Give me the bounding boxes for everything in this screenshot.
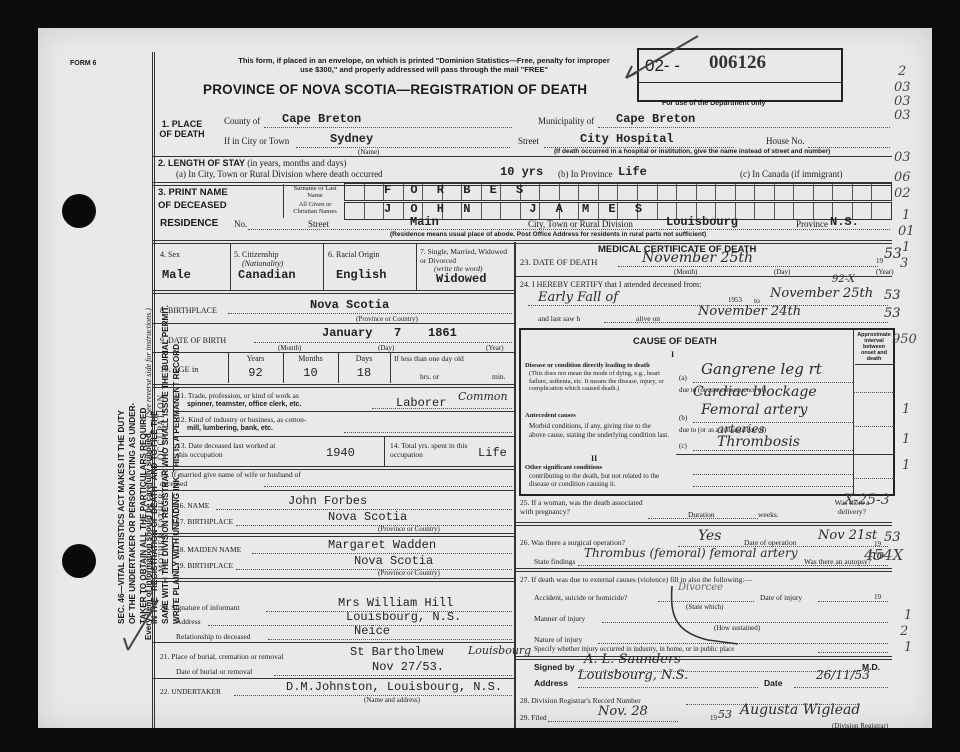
month-caption: (Month) <box>278 344 301 352</box>
given-names-value: J O H N J A M E S <box>384 202 648 216</box>
county-value: Cape Breton <box>282 112 361 126</box>
residence-street-label: Street <box>308 219 329 229</box>
citizenship-value: Canadian <box>238 268 296 282</box>
death-year-caption: (Year) <box>876 268 894 276</box>
signed-by-value: A. L. Saunders <box>584 652 681 667</box>
pen-stroke-mark <box>668 584 748 648</box>
side-notice-line: SEC. 46—VITAL STATISTICS ACT MAKES IT TH… <box>116 64 127 624</box>
margin-code: 1 <box>902 240 910 255</box>
street-label: Street <box>518 136 539 146</box>
street-value: City Hospital <box>580 132 674 146</box>
informant-signature-value: Mrs William Hill <box>338 596 453 610</box>
part-one-label: I <box>671 350 674 359</box>
relationship-value: Neice <box>354 624 390 638</box>
sex-label: 4. Sex <box>160 250 180 259</box>
pregnancy-label: 25. If a woman, was the death associated… <box>520 498 650 516</box>
margin-code: 3 <box>900 256 908 271</box>
marital-status-label-text: 7. Single, Married, Widowed or Divorced <box>420 248 510 265</box>
margin-code: 1 <box>904 608 912 623</box>
age-years-label: Years <box>228 354 283 363</box>
relationship-label: Relationship to deceased <box>176 632 251 641</box>
occupation-side-label: OCCUPATION <box>156 394 166 460</box>
signature-date-value: 26/11/53 <box>816 668 870 682</box>
margin-code: 2 <box>900 624 908 639</box>
attended-from-year: 1953 <box>728 296 742 304</box>
residence-city-label: City, Town or Rural Division <box>528 219 633 229</box>
filed-label: 29. Filed <box>520 713 547 722</box>
stay-canada-label: (c) In Canada (if immigrant) <box>740 169 842 179</box>
margin-code: 1 <box>902 402 910 417</box>
punch-hole <box>62 544 96 578</box>
county-label: County of <box>224 116 260 126</box>
certify-label: 24. I HEREBY CERTIFY that I attended dec… <box>520 280 701 289</box>
print-name-line: OF DECEASED <box>158 199 228 212</box>
age-less-label: If less than one day old <box>394 354 464 363</box>
operation-year-value: 53 <box>884 530 901 545</box>
mother-maiden-label: 18. MAIDEN NAME <box>176 545 241 554</box>
check-mark-icon <box>618 34 708 84</box>
cause-c-label: (c) <box>679 442 687 450</box>
manner-label: Manner of injury <box>534 614 585 623</box>
house-number-label: House No. <box>766 136 805 146</box>
death-month-caption: (Month) <box>674 268 697 276</box>
cause-a-label: (a) <box>679 374 687 382</box>
residence-label: RESIDENCE <box>160 218 218 229</box>
marital-status-label: 7. Single, Married, Widowed or Divorced … <box>420 248 510 274</box>
mailing-notice-line: use $300," and properly addressed will p… <box>234 65 614 74</box>
age-days-value: 18 <box>338 366 390 380</box>
age-years-value: 92 <box>228 366 283 380</box>
cause-b-value: Femoral artery <box>701 402 807 418</box>
last-saw-value: November 24th <box>698 304 801 319</box>
operation-date-value: Nov 21st <box>818 528 877 543</box>
city-value: Sydney <box>330 132 373 146</box>
dob-label: 9. DATE OF BIRTH <box>160 336 226 345</box>
trade-sub: spinner, teamster, office clerk, etc. <box>177 400 301 409</box>
father-birthplace-caption: (Province or Country) <box>378 525 440 533</box>
city-caption: (Name) <box>358 148 379 156</box>
surname-label: Surname or Last Name <box>288 185 342 199</box>
age-hrs-label: hrs. or <box>420 372 439 381</box>
divider <box>152 156 892 157</box>
father-name-label: 16. NAME <box>176 501 209 510</box>
margin-code: 1 <box>902 208 910 223</box>
filed-year-prefix: 19 <box>710 714 717 722</box>
last-worked-value: 1940 <box>326 446 355 460</box>
form-title: PROVINCE OF NOVA SCOTIA—REGISTRATION OF … <box>203 82 587 97</box>
residence-no-label: No. <box>234 219 247 229</box>
municipality-label: Municipality of <box>538 116 594 126</box>
part-one-heading: Disease or condition directly leading to… <box>525 362 650 369</box>
burial-date-value: Nov 27/53. <box>372 660 444 674</box>
attended-to-year: 53 <box>884 288 901 303</box>
industry-sub: mill, lumbering, bank, etc. <box>177 424 306 433</box>
trade-label-text: 11. Trade, profession, or kind of work a… <box>177 391 299 400</box>
print-name-label: 3. PRINT NAME OF DECEASED <box>158 186 228 212</box>
punch-hole <box>62 194 96 228</box>
residence-province-label: Province <box>796 219 828 229</box>
age-min-label: min. <box>492 372 506 381</box>
father-birthplace-label: 17. BIRTHPLACE <box>176 517 233 526</box>
print-name-line: 3. PRINT NAME <box>158 186 228 199</box>
place-of-death-label: 1. PLACE OF DEATH <box>158 119 206 139</box>
side-notice-line: OF THE UNDERTAKER OR PERSON ACTING AS UN… <box>127 64 138 624</box>
accident-label: Accident, suicide or homicide? <box>534 593 627 602</box>
interval-note: 92-X <box>832 274 855 285</box>
weeks-label: weeks. <box>758 510 779 519</box>
findings-value: Thrombus (femoral) femoral artery <box>584 546 798 560</box>
residence-city-value: Louisbourg <box>666 215 738 229</box>
margin-code: 01 <box>898 224 915 239</box>
last-saw-year: 53 <box>884 306 901 321</box>
racial-origin-label: 6. Racial Origin <box>328 250 379 259</box>
interval-header: Approximate interval between onset and d… <box>855 332 893 365</box>
filed-value: Nov. 28 <box>598 704 648 719</box>
physician-address-value: Louisbourg, N.S. <box>578 668 688 683</box>
mailing-notice: This form, if placed in an envelope, on … <box>234 56 614 74</box>
municipality-value: Cape Breton <box>616 112 695 126</box>
part-two-heading: Other significant conditions <box>525 464 602 471</box>
delivery-handwritten: X-25-3 <box>844 492 890 508</box>
margin-code: 2 <box>898 64 906 79</box>
part-one-description: (This does not mean the mode of dying, e… <box>529 370 669 393</box>
department-caption: For use of the Department only <box>662 100 765 107</box>
burial-date-label: Date of burial or removal <box>176 667 252 676</box>
last-saw-label: and last saw h <box>538 314 580 323</box>
check-mark-icon <box>122 598 162 658</box>
margin-code: 1 <box>902 432 910 447</box>
margin-code: 03 <box>894 150 911 165</box>
length-of-stay-sub: (in years, months and days) <box>247 158 346 168</box>
mother-birthplace-caption: (Province or Country) <box>378 569 440 577</box>
attended-to-value: November 25th <box>770 286 873 301</box>
citizenship-label: 5. Citizenship (Nationality) <box>234 250 320 268</box>
death-day-caption: (Day) <box>774 268 790 276</box>
dob-month: January <box>322 326 372 340</box>
stay-province-label: (b) In Province <box>558 169 612 179</box>
total-years-value: Life <box>478 446 507 460</box>
mother-maiden-value: Margaret Wadden <box>328 538 436 552</box>
father-name-value: John Forbes <box>288 494 367 508</box>
trade-handwritten: Common <box>458 390 508 403</box>
length-of-stay-label: 2. LENGTH OF STAY <box>158 158 245 168</box>
divider <box>152 240 892 244</box>
margin-code: 1 <box>904 640 912 655</box>
injury-year-prefix: 19 <box>874 593 881 601</box>
undertaker-caption: (Name and address) <box>364 696 420 704</box>
informant-address-label: Address <box>176 617 201 626</box>
undertaker-value: D.M.Johnston, Louisbourg, N.S. <box>286 680 502 694</box>
part-two-description: contributing to the death, but not relat… <box>529 472 675 488</box>
registrar-caption: (Division Registrar) <box>832 722 888 730</box>
antecedent-heading: Antecedent causes <box>525 412 576 419</box>
citizenship-sub: (Nationality) <box>234 259 320 268</box>
residence-province-value: N.S. <box>830 215 859 229</box>
marital-status-value: Widowed <box>436 272 486 286</box>
margin-code: 06 <box>894 170 911 185</box>
racial-origin-value: English <box>336 268 386 282</box>
year-caption: (Year) <box>486 344 504 352</box>
age-days-label: Days <box>338 354 390 363</box>
injury-date-label: Date of injury <box>760 593 802 602</box>
age-months-label: Months <box>283 354 338 363</box>
cause-b-label: (b) <box>679 414 687 422</box>
cause-of-death-title: CAUSE OF DEATH <box>633 336 717 347</box>
birthplace-caption: (Province or Country) <box>356 315 418 323</box>
last-worked-label: 13. Date deceased last worked at this oc… <box>177 441 287 459</box>
stay-city-value: 10 yrs <box>500 165 543 179</box>
city-label: If in City or Town <box>224 136 289 146</box>
dob-year: 1861 <box>428 326 457 340</box>
date-of-death-value: November 25th <box>642 250 753 266</box>
residence-street-value: Main <box>410 215 439 229</box>
death-registration-form: FORM 6 SEC. 46—VITAL STATISTICS ACT MAKE… <box>38 28 932 728</box>
operation-value: Yes <box>698 528 722 544</box>
birthplace-label: 8. BIRTHPLACE <box>160 306 217 315</box>
mother-birthplace-value: Nova Scotia <box>354 554 433 568</box>
physician-address-label: Address <box>534 678 568 688</box>
margin-code: 03 <box>894 94 911 109</box>
attended-from-value: Early Fall of <box>538 290 618 305</box>
signature-date-label: Date <box>764 678 782 688</box>
antecedent-description: Morbid conditions, if any, giving rise t… <box>529 422 669 439</box>
citizenship-label-text: 5. Citizenship <box>234 250 320 259</box>
part-two-label: II <box>591 454 597 463</box>
industry-label-text: 12. Kind of industry or business, as cot… <box>177 415 306 424</box>
informant-address-value: Louisbourg, N.S. <box>346 610 461 624</box>
registrar-name: Augusta Wiglead <box>740 702 860 718</box>
death-year-prefix: 19 <box>876 257 883 265</box>
mother-side-label: MOTHER <box>157 532 166 572</box>
cause-of-death-box: Approximate interval between onset and d… <box>519 328 895 496</box>
margin-code: 1 <box>902 458 910 473</box>
father-side-label: FATHER <box>157 492 166 528</box>
undertaker-label: 22. UNDERTAKER <box>160 687 221 696</box>
date-of-death-label: 23. DATE OF DEATH <box>520 257 597 267</box>
burial-place-label: 21. Place of burial, cremation or remova… <box>160 652 283 661</box>
industry-label: 12. Kind of industry or business, as cot… <box>177 415 306 433</box>
registration-number: 006126 <box>709 52 766 74</box>
signed-by-label: Signed by <box>534 662 575 672</box>
sex-value: Male <box>162 268 191 282</box>
cause-a-due-value: Cardiac blockage <box>693 384 817 400</box>
stay-province-value: Life <box>618 165 647 179</box>
hospital-caption: (If death occurred in a hospital or inst… <box>554 148 830 155</box>
given-names-label: All Given or Christian Names <box>288 201 342 215</box>
age-label: 10. AGE in <box>160 364 199 374</box>
birthplace-value: Nova Scotia <box>310 298 389 312</box>
form-number: FORM 6 <box>70 60 96 67</box>
mailing-notice-line: This form, if placed in an envelope, on … <box>234 56 614 65</box>
day-caption: (Day) <box>378 344 394 352</box>
stay-city-label: (a) In City, Town or Rural Division wher… <box>176 169 383 179</box>
father-birthplace-value: Nova Scotia <box>328 510 407 524</box>
margin-code: 02 <box>894 186 911 201</box>
margin-code: 950 <box>892 332 917 347</box>
length-of-stay-header: 2. LENGTH OF STAY (in years, months and … <box>158 158 347 168</box>
age-months-value: 10 <box>283 366 338 380</box>
filed-year-value: 53 <box>718 708 732 721</box>
nature-label: Nature of injury <box>534 635 582 644</box>
dob-day: 7 <box>394 326 401 340</box>
margin-code: 03 <box>894 80 911 95</box>
trade-label: 11. Trade, profession, or kind of work a… <box>177 391 301 409</box>
mother-birthplace-label: 19. BIRTHPLACE <box>176 561 233 570</box>
margin-code: 454X <box>864 546 903 564</box>
residence-caption: (Residence means usual place of abode. P… <box>390 231 706 238</box>
findings-label: State findings <box>534 557 575 566</box>
burial-place-value: St Bartholmew <box>350 645 444 659</box>
cause-a-value: Gangrene leg rt <box>701 360 822 378</box>
margin-code: 03 <box>894 108 911 123</box>
informant-signature-label: 20. Signature of informant <box>160 603 240 612</box>
total-years-label: 14. Total yrs. spent in this occupation <box>390 441 472 459</box>
cause-c-value: Thrombosis <box>717 434 800 450</box>
surname-value: F O R B E S <box>384 183 529 197</box>
